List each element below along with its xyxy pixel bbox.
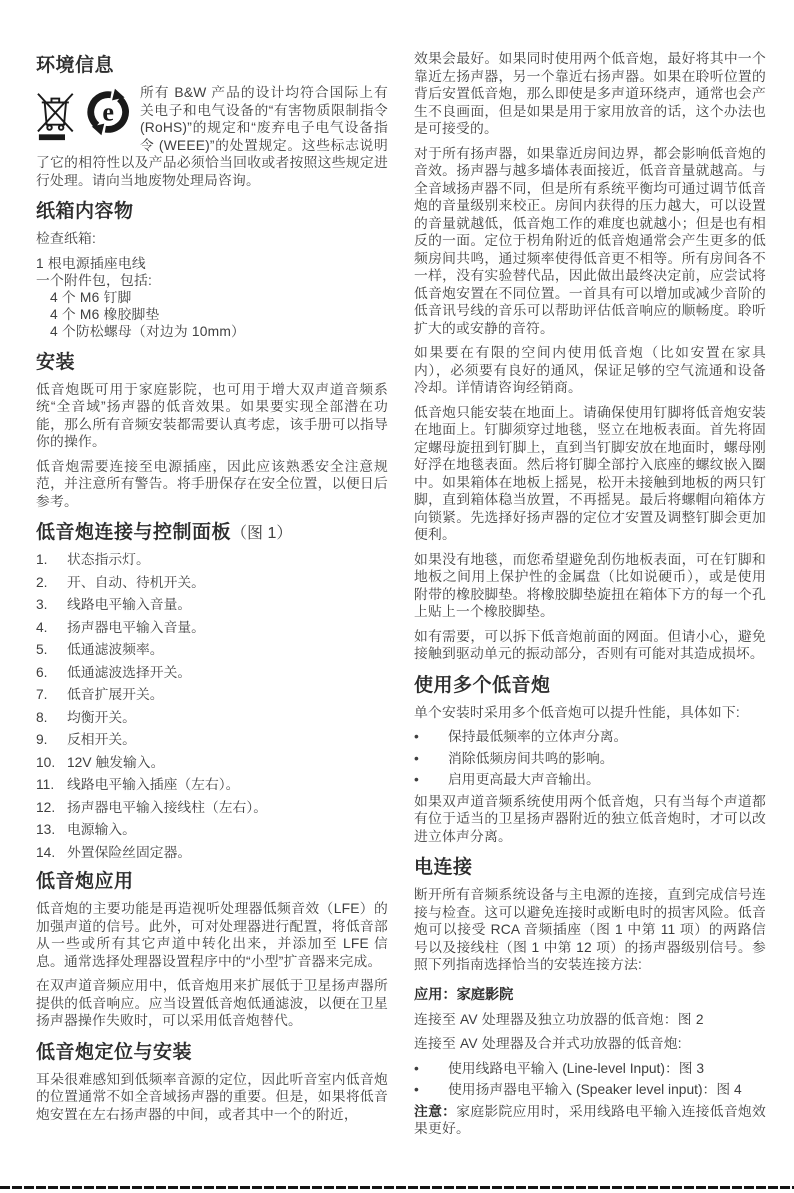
china-rohs-e-icon: e	[84, 87, 132, 137]
environment-title: 环境信息	[36, 50, 388, 77]
section-multiple-subwoofers: 使用多个低音炮 单个安装时采用多个低音炮可以提升性能，具体如下: 保持最低频率的…	[414, 670, 766, 846]
panel-item-number: 11.	[36, 776, 67, 794]
multiple-subwoofers-title: 使用多个低音炮	[414, 670, 766, 697]
panel-item: 12.扬声器电平输入接线柱（左右）。	[36, 799, 388, 817]
bullet-item: 启用更高最大声音输出。	[414, 771, 766, 789]
panel-item: 1.状态指示灯。	[36, 551, 388, 569]
panel-item-number: 3.	[36, 596, 67, 614]
paragraph: 对于所有扬声器，如果靠近房间边界，都会影响低音炮的音效。扬声器与越多墙体表面接近…	[414, 145, 766, 338]
panel-item-text: 反相开关。	[67, 731, 388, 749]
panel-item-number: 7.	[36, 686, 67, 704]
panel-item-number: 1.	[36, 551, 67, 569]
panel-item-text: 外置保险丝固定器。	[67, 844, 388, 862]
carton-list: 1 根电源插座电线 一个附件包，包括: 4 个 M6 钉脚 4 个 M6 橡胶脚…	[36, 255, 388, 340]
panel-item-number: 4.	[36, 619, 67, 637]
panel-item-text: 低通滤波频率。	[67, 641, 388, 659]
panel-item: 10.12V 触发输入。	[36, 754, 388, 772]
panel-item-number: 10.	[36, 754, 67, 772]
panel-item-text: 电源输入。	[67, 821, 388, 839]
panel-item-text: 扬声器电平输入接线柱（左右）。	[67, 799, 388, 817]
panel-title-text: 低音炮连接与控制面板	[36, 522, 231, 543]
panel-item-text: 状态指示灯。	[67, 551, 388, 569]
panel-item: 14.外置保险丝固定器。	[36, 844, 388, 862]
note-label: 注意：	[414, 1104, 456, 1119]
panel-item: 2.开、自动、待机开关。	[36, 574, 388, 592]
panel-figure-ref: （图 1）	[231, 525, 292, 542]
panel-item-number: 12.	[36, 799, 67, 817]
manual-page: 环境信息	[0, 0, 794, 1193]
panel-item-text: 低音扩展开关。	[67, 686, 388, 704]
panel-item-number: 9.	[36, 731, 67, 749]
panel-item: 9.反相开关。	[36, 731, 388, 749]
panel-item: 13.电源输入。	[36, 821, 388, 839]
positioning-title: 低音炮定位与安装	[36, 1037, 388, 1064]
multiple-subwoofers-intro: 单个安装时采用多个低音炮可以提升性能，具体如下:	[414, 704, 766, 722]
panel-item-number: 13.	[36, 821, 67, 839]
panel-item-text: 扬声器电平输入音量。	[67, 619, 388, 637]
panel-item: 3.线路电平输入音量。	[36, 596, 388, 614]
section-environment-info: 环境信息	[36, 50, 388, 189]
panel-item: 5.低通滤波频率。	[36, 641, 388, 659]
panel-item-text: 线路电平输入插座（左右）。	[67, 776, 388, 794]
installation-paragraph: 低音炮既可用于家庭影院，也可用于增大双声道音频系统“全音域”扬声器的低音效果。如…	[36, 381, 388, 451]
applications-paragraph: 低音炮的主要功能是再造视听处理器低频音效（LFE）的加强声道的信号。此外，可对处…	[36, 900, 388, 970]
section-carton-contents: 纸箱内容物 检查纸箱: 1 根电源插座电线 一个附件包，包括: 4 个 M6 钉…	[36, 196, 388, 340]
panel-item-text: 均衡开关。	[67, 709, 388, 727]
carton-item: 4 个防松螺母（对边为 10mm）	[36, 323, 388, 340]
panel-item: 4.扬声器电平输入音量。	[36, 619, 388, 637]
carton-check-line: 检查纸箱:	[36, 230, 388, 248]
installation-paragraph: 低音炮需要连接至电源插座，因此应该熟悉安全注意规范，并注意所有警告。将手册保存在…	[36, 458, 388, 511]
note-paragraph: 注意：家庭影院应用时，采用线路电平输入连接低音炮效果更好。	[414, 1103, 766, 1138]
panel-item: 8.均衡开关。	[36, 709, 388, 727]
electrical-title: 电连接	[414, 852, 766, 879]
svg-text:e: e	[102, 98, 114, 127]
paragraph: 低音炮只能安装在地面上。请确保使用钉脚将低音炮安装在地面上。钉脚须穿过地毯，竖立…	[414, 404, 766, 544]
environment-body: e 所有 B&W 产品的设计均符合国际上有关电子和电气设备的“有害物质限制指令 …	[36, 84, 388, 189]
page-bottom-dashed-rule	[0, 1186, 794, 1189]
panel-item-number: 2.	[36, 574, 67, 592]
paragraph: 如有需要，可以拆下低音炮前面的网面。但请小心，避免接触到驱动单元的振动部分，否则…	[414, 628, 766, 663]
note-text: 家庭影院应用时，采用线路电平输入连接低音炮效果更好。	[414, 1104, 766, 1137]
carton-item: 4 个 M6 橡胶脚垫	[36, 306, 388, 323]
section-electrical-connections: 电连接 断开所有音频系统设备与主电源的连接，直到完成信号连接与检查。这可以避免连…	[414, 852, 766, 1138]
section-subwoofer-applications: 低音炮应用 低音炮的主要功能是再造视听处理器低频音效（LFE）的加强声道的信号。…	[36, 866, 388, 1030]
bullet-text: 使用线路电平输入 (Line-level Input)：图 3	[448, 1060, 766, 1078]
panel-item: 11.线路电平输入插座（左右）。	[36, 776, 388, 794]
multiple-subwoofers-outro: 如果双声道音频系统使用两个低音炮，只有当每个声道都有位于适当的卫星扬声器附近的独…	[414, 793, 766, 846]
panel-item-text: 开、自动、待机开关。	[67, 574, 388, 592]
figure-line: 连接至 AV 处理器及合并式功放器的低音炮:	[414, 1035, 766, 1053]
bullet-text: 保持最低频率的立体声分离。	[448, 728, 766, 746]
bullet-item: 使用扬声器电平输入 (Speaker level input)：图 4	[414, 1081, 766, 1099]
bullet-text: 启用更高最大声音输出。	[448, 771, 766, 789]
applications-title: 低音炮应用	[36, 866, 388, 893]
carton-item: 4 个 M6 钉脚	[36, 289, 388, 306]
bullet-text: 使用扬声器电平输入 (Speaker level input)：图 4	[448, 1081, 766, 1099]
electrical-paragraph: 断开所有音频系统设备与主电源的连接，直到完成信号连接与检查。这可以避免连接时或断…	[414, 886, 766, 974]
section-positioning-installation: 低音炮定位与安装 耳朵很难感知到低频率音源的定位，因此听音室内低音炮的位置通常不…	[36, 1037, 388, 1124]
weee-crossed-bin-icon	[36, 87, 75, 143]
carton-title: 纸箱内容物	[36, 196, 388, 223]
carton-item: 1 根电源插座电线	[36, 255, 388, 272]
left-column: 环境信息	[36, 50, 388, 1145]
panel-item-text: 低通滤波选择开关。	[67, 664, 388, 682]
bullet-item: 消除低频房间共鸣的影响。	[414, 750, 766, 768]
bullet-item: 保持最低频率的立体声分离。	[414, 728, 766, 746]
panel-item-text: 线路电平输入音量。	[67, 596, 388, 614]
electrical-subtitle: 应用：家庭影院	[414, 984, 766, 1004]
panel-title: 低音炮连接与控制面板（图 1）	[36, 517, 388, 544]
carton-item: 一个附件包，包括:	[36, 272, 388, 289]
panel-item-number: 14.	[36, 844, 67, 862]
right-column: 效果会最好。如果同时使用两个低音炮，最好将其中一个靠近左扬声器，另一个靠近右扬声…	[414, 50, 766, 1145]
positioning-paragraph: 耳朵很难感知到低频率音源的定位，因此听音室内低音炮的位置通常不如全音域扬声器的重…	[36, 1071, 388, 1124]
figure-line: 连接至 AV 处理器及独立功放器的低音炮：图 2	[414, 1011, 766, 1029]
paragraph: 如果没有地毯，而您希望避免刮伤地板表面，可在钉脚和地板之间用上保护性的金属盘（比…	[414, 551, 766, 621]
bullet-item: 使用线路电平输入 (Line-level Input)：图 3	[414, 1060, 766, 1078]
panel-item: 7.低音扩展开关。	[36, 686, 388, 704]
compliance-icons: e	[36, 87, 132, 143]
panel-item-number: 6.	[36, 664, 67, 682]
panel-item-number: 5.	[36, 641, 67, 659]
section-connections-control-panel: 低音炮连接与控制面板（图 1） 1.状态指示灯。 2.开、自动、待机开关。 3.…	[36, 517, 388, 861]
paragraph: 效果会最好。如果同时使用两个低音炮，最好将其中一个靠近左扬声器，另一个靠近右扬声…	[414, 50, 766, 138]
panel-item-text: 12V 触发输入。	[67, 754, 388, 772]
two-column-layout: 环境信息	[0, 0, 794, 1145]
panel-item: 6.低通滤波选择开关。	[36, 664, 388, 682]
applications-paragraph: 在双声道音频应用中，低音炮用来扩展低于卫星扬声器所提供的低音响应。应当设置低音炮…	[36, 977, 388, 1030]
installation-title: 安装	[36, 347, 388, 374]
panel-item-number: 8.	[36, 709, 67, 727]
section-installation: 安装 低音炮既可用于家庭影院，也可用于增大双声道音频系统“全音域”扬声器的低音效…	[36, 347, 388, 511]
bullet-text: 消除低频房间共鸣的影响。	[448, 750, 766, 768]
panel-numbered-list: 1.状态指示灯。 2.开、自动、待机开关。 3.线路电平输入音量。 4.扬声器电…	[36, 551, 388, 861]
paragraph: 如果要在有限的空间内使用低音炮（比如安置在家具内），必须要有良好的通风，保证足够…	[414, 344, 766, 397]
